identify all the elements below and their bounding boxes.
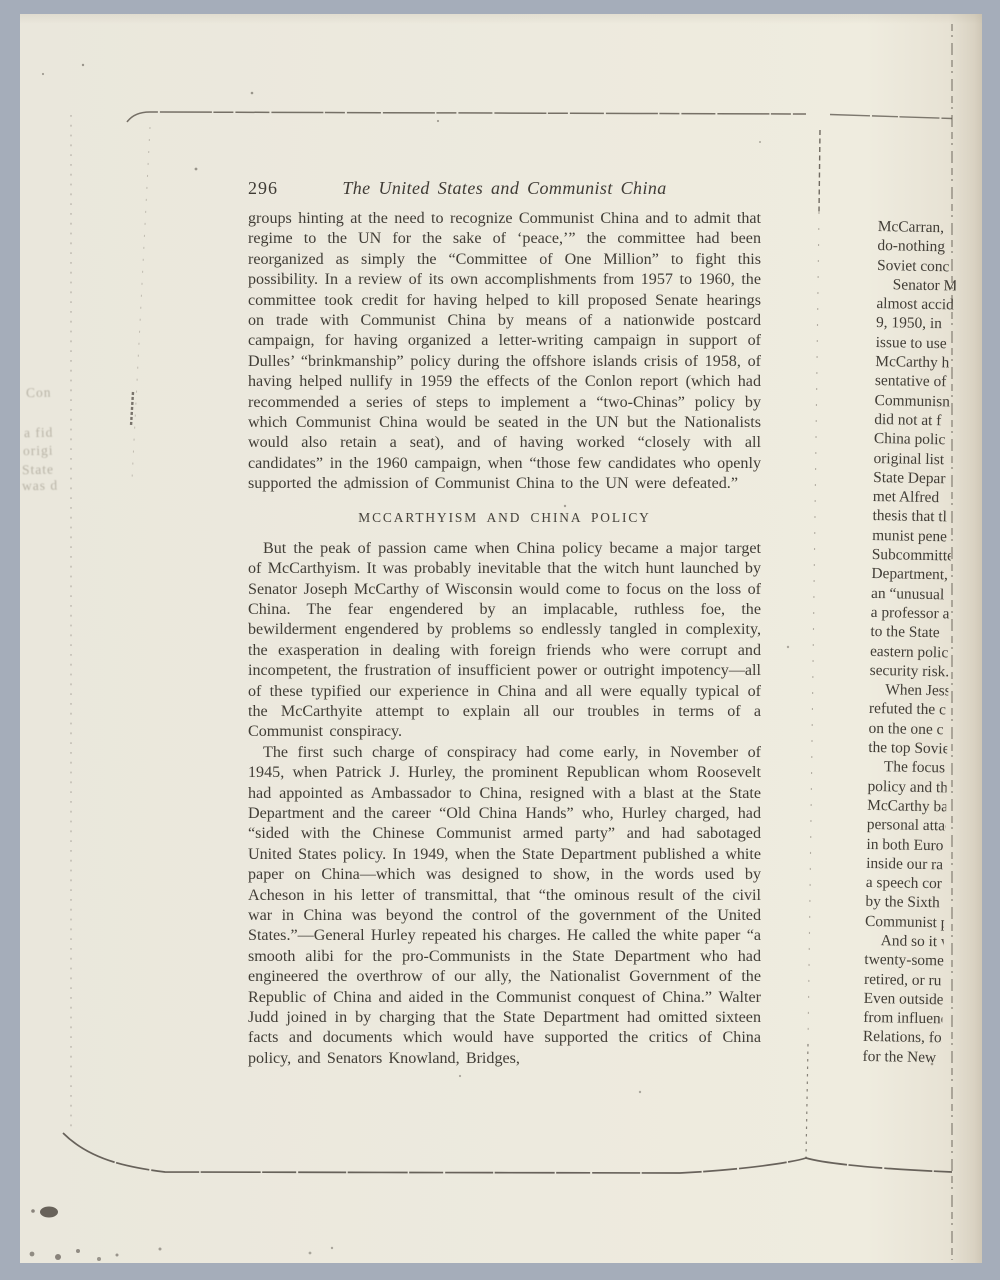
clipped-text-line: Department, [871, 564, 950, 585]
clipped-text-line: almost accid [876, 294, 955, 315]
clipped-text-line: State Depar [873, 468, 952, 489]
clipped-text-line: retired, or ru [864, 969, 943, 990]
clipped-text-line: did not at f [874, 410, 953, 431]
clipped-text-line: to the State [870, 622, 949, 643]
clipped-text-line: Relations, for [863, 1027, 942, 1048]
clipped-text-line: McCarthy ba [867, 796, 946, 817]
clipped-text-line: by the Sixth [865, 892, 944, 913]
clipped-text-line: met Alfred [873, 487, 952, 508]
clipped-text-line: issue to use [876, 333, 955, 354]
clipped-text-line: on the one c [868, 719, 947, 740]
clipped-text-line: Senator M [877, 275, 956, 296]
clipped-text-line: McCarthy h [875, 352, 954, 373]
section-heading: MCCARTHYISM AND CHINA POLICY [248, 510, 761, 526]
clipped-text-line: And so it w [865, 931, 944, 952]
ghost-text-fragment: Con [26, 385, 52, 402]
clipped-text-line: McCarran, [878, 217, 957, 238]
ghost-text-fragment: State [22, 462, 54, 479]
clipped-text-line: inside our ra [866, 854, 945, 875]
paragraph-committee-of-one-million: groups hinting at the need to recognize … [248, 209, 761, 495]
main-text-column: 296 The United States and Communist Chin… [248, 178, 761, 1069]
clipped-text-line: When Jessu [869, 680, 948, 701]
paragraph-first-charge: The first such charge of conspiracy had … [248, 743, 761, 1070]
clipped-text-line: the top Sovie [868, 738, 947, 759]
ghost-text-fragment: a fid [24, 425, 54, 442]
clipped-text-line: thesis that tl [872, 506, 951, 527]
clipped-text-line: security risk.’ [870, 661, 949, 682]
ghost-text-fragment: origi [23, 443, 54, 460]
clipped-text-line: original list [873, 449, 952, 470]
clipped-text-line: an “unusual [871, 584, 950, 605]
clipped-text-line: twenty-some [864, 950, 943, 971]
clipped-text-line: a speech cor [866, 873, 945, 894]
clipped-text-line: sentative of [875, 371, 954, 392]
paragraph-peak-of-passion: But the peak of passion came when China … [248, 539, 761, 743]
photocopied-page: Cona fidorigiStatewas d 296 The United S… [20, 14, 982, 1263]
scanned-document-page: { "scan": { "page_number": "296", "runni… [0, 0, 1000, 1280]
clipped-text-line: do-nothing [877, 236, 956, 257]
clipped-text-line: Subcommitte [872, 545, 951, 566]
ghost-text-fragment: was d [22, 478, 58, 495]
clipped-text-line: personal attac [867, 815, 946, 836]
clipped-text-line: refuted the c [869, 699, 948, 720]
clipped-text-line: 9, 1950, in [876, 313, 955, 334]
margin-ghost-text: Cona fidorigiStatewas d [20, 14, 90, 534]
clipped-text-line: China polic [874, 429, 953, 450]
clipped-text-line: in both Euro [866, 834, 945, 855]
clipped-text-line: Communist p [865, 912, 944, 933]
adjacent-page-column-strip: McCarran,do-nothingSoviet concSenator Ma… [862, 217, 957, 1068]
clipped-text-line: The focus [868, 757, 947, 778]
clipped-text-line: from influenc [863, 1008, 942, 1029]
clipped-text-line: Even outside [864, 989, 943, 1010]
clipped-text-line: eastern polic [870, 641, 949, 662]
page-number: 296 [248, 178, 278, 199]
clipped-text-line: for the New [862, 1047, 941, 1068]
body-text: groups hinting at the need to recognize … [248, 209, 761, 1069]
page-header: 296 The United States and Communist Chin… [248, 178, 761, 202]
running-title: The United States and Communist China [342, 178, 666, 198]
clipped-text-line: policy and th [867, 777, 946, 798]
clipped-text-line: Communisn [874, 391, 953, 412]
clipped-text-line: a professor a [871, 603, 950, 624]
clipped-text-line: Soviet conc [877, 256, 956, 277]
clipped-text-line: munist pene [872, 526, 951, 547]
